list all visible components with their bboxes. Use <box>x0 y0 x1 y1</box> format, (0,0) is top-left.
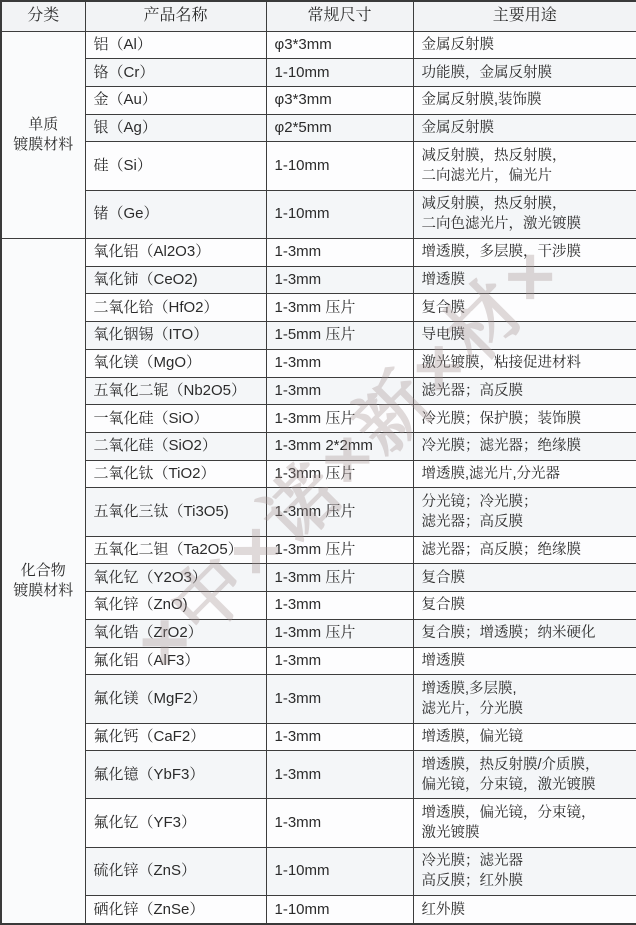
product-name-cell: 硅（Si） <box>85 142 266 190</box>
table-row: 氟化镱（YbF3）1-3mm增透膜，热反射膜/介质膜， 偏光镜，分束镜，激光镀膜 <box>1 751 636 799</box>
usage-cell: 复合膜 <box>413 294 636 322</box>
usage-cell: 复合膜 <box>413 564 636 592</box>
usage-cell: 激光镀膜，粘接促进材料 <box>413 349 636 377</box>
size-cell: 1-5mm 压片 <box>266 322 413 350</box>
header-category: 分类 <box>1 1 85 31</box>
table-row: 氧化锆（ZrO2）1-3mm 压片复合膜；增透膜；纳米硬化 <box>1 619 636 647</box>
table-row: 一氧化硅（SiO）1-3mm 压片冷光膜；保护膜；装饰膜 <box>1 405 636 433</box>
size-cell: 1-10mm <box>266 896 413 924</box>
table-row: 银（Ag）φ2*5mm金属反射膜 <box>1 114 636 142</box>
size-cell: 1-3mm 压片 <box>266 460 413 488</box>
table-row: 二氧化硅（SiO2）1-3mm 2*2mm冷光膜；滤光器；绝缘膜 <box>1 432 636 460</box>
table-row: 氟化钇（YF3）1-3mm增透膜，偏光镜，分束镜， 激光镀膜 <box>1 799 636 847</box>
usage-cell: 红外膜 <box>413 896 636 924</box>
table-row: 锗（Ge）1-10mm减反射膜，热反射膜， 二向色滤光片，激光镀膜 <box>1 190 636 238</box>
table-row: 五氧化三钛（Ti3O5)1-3mm 压片分光镜；冷光膜； 滤光器；高反膜 <box>1 488 636 536</box>
table-body: 单质 镀膜材料铝（Al）φ3*3mm金属反射膜铬（Cr）1-10mm功能膜，金属… <box>1 31 636 924</box>
size-cell: 1-3mm <box>266 349 413 377</box>
usage-cell: 减反射膜，热反射膜， 二向滤光片，偏光片 <box>413 142 636 190</box>
size-cell: 1-3mm <box>266 238 413 266</box>
table-row: 五氧化二钽（Ta2O5）1-3mm 压片滤光器；高反膜；绝缘膜 <box>1 536 636 564</box>
table-row: 氟化铝（AlF3）1-3mm增透膜 <box>1 647 636 675</box>
page: 分类 产品名称 常规尺寸 主要用途 单质 镀膜材料铝（Al）φ3*3mm金属反射… <box>0 0 636 925</box>
table-row: 氧化镁（MgO）1-3mm激光镀膜，粘接促进材料 <box>1 349 636 377</box>
category-cell: 单质 镀膜材料 <box>1 31 85 238</box>
usage-cell: 冷光膜；滤光器；绝缘膜 <box>413 432 636 460</box>
table-row: 化合物 镀膜材料氧化铝（Al2O3）1-3mm增透膜，多层膜，干涉膜 <box>1 238 636 266</box>
table-row: 硅（Si）1-10mm减反射膜，热反射膜， 二向滤光片，偏光片 <box>1 142 636 190</box>
size-cell: 1-3mm 压片 <box>266 294 413 322</box>
usage-cell: 功能膜，金属反射膜 <box>413 59 636 87</box>
usage-cell: 增透膜,滤光片,分光器 <box>413 460 636 488</box>
usage-cell: 增透膜 <box>413 266 636 294</box>
product-name-cell: 氟化镱（YbF3） <box>85 751 266 799</box>
product-name-cell: 一氧化硅（SiO） <box>85 405 266 433</box>
size-cell: 1-3mm <box>266 647 413 675</box>
size-cell: φ2*5mm <box>266 114 413 142</box>
product-name-cell: 氧化镁（MgO） <box>85 349 266 377</box>
product-name-cell: 铬（Cr） <box>85 59 266 87</box>
product-name-cell: 氟化钇（YF3） <box>85 799 266 847</box>
usage-cell: 复合膜；增透膜；纳米硬化 <box>413 619 636 647</box>
product-name-cell: 锗（Ge） <box>85 190 266 238</box>
size-cell: 1-3mm 压片 <box>266 536 413 564</box>
product-name-cell: 氧化铟锡（ITO） <box>85 322 266 350</box>
usage-cell: 增透膜，多层膜，干涉膜 <box>413 238 636 266</box>
category-cell: 化合物 镀膜材料 <box>1 238 85 924</box>
size-cell: 1-3mm 2*2mm <box>266 432 413 460</box>
product-name-cell: 氟化镁（MgF2） <box>85 675 266 723</box>
table-row: 二氧化铪（HfO2）1-3mm 压片复合膜 <box>1 294 636 322</box>
product-name-cell: 氧化铈（CeO2) <box>85 266 266 294</box>
usage-cell: 金属反射膜,装饰膜 <box>413 86 636 114</box>
header-size: 常规尺寸 <box>266 1 413 31</box>
product-name-cell: 氧化钇（Y2O3） <box>85 564 266 592</box>
table-row: 二氧化钛（TiO2）1-3mm 压片增透膜,滤光片,分光器 <box>1 460 636 488</box>
usage-cell: 金属反射膜 <box>413 114 636 142</box>
usage-cell: 增透膜 <box>413 647 636 675</box>
product-name-cell: 氧化锆（ZrO2） <box>85 619 266 647</box>
size-cell: 1-10mm <box>266 190 413 238</box>
table-row: 单质 镀膜材料铝（Al）φ3*3mm金属反射膜 <box>1 31 636 59</box>
size-cell: 1-10mm <box>266 142 413 190</box>
usage-cell: 减反射膜，热反射膜， 二向色滤光片，激光镀膜 <box>413 190 636 238</box>
usage-cell: 冷光膜；保护膜；装饰膜 <box>413 405 636 433</box>
size-cell: 1-10mm <box>266 847 413 895</box>
table-row: 金（Au）φ3*3mm金属反射膜,装饰膜 <box>1 86 636 114</box>
product-name-cell: 二氧化铪（HfO2） <box>85 294 266 322</box>
product-name-cell: 二氧化钛（TiO2） <box>85 460 266 488</box>
size-cell: 1-3mm <box>266 592 413 620</box>
product-name-cell: 金（Au） <box>85 86 266 114</box>
header-row: 分类 产品名称 常规尺寸 主要用途 <box>1 1 636 31</box>
product-name-cell: 铝（Al） <box>85 31 266 59</box>
usage-cell: 增透膜,多层膜, 滤光片，分光膜 <box>413 675 636 723</box>
size-cell: φ3*3mm <box>266 86 413 114</box>
product-name-cell: 氟化铝（AlF3） <box>85 647 266 675</box>
product-name-cell: 硫化锌（ZnS） <box>85 847 266 895</box>
table-row: 氧化铟锡（ITO）1-5mm 压片导电膜 <box>1 322 636 350</box>
table-row: 氟化钙（CaF2）1-3mm增透膜，偏光镜 <box>1 723 636 751</box>
size-cell: 1-3mm <box>266 799 413 847</box>
usage-cell: 滤光器；高反膜；绝缘膜 <box>413 536 636 564</box>
usage-cell: 增透膜，热反射膜/介质膜， 偏光镜，分束镜，激光镀膜 <box>413 751 636 799</box>
product-name-cell: 硒化锌（ZnSe） <box>85 896 266 924</box>
table-row: 硫化锌（ZnS）1-10mm冷光膜；滤光器 高反膜；红外膜 <box>1 847 636 895</box>
size-cell: 1-3mm 压片 <box>266 619 413 647</box>
table-row: 氧化锌（ZnO)1-3mm复合膜 <box>1 592 636 620</box>
table-row: 氟化镁（MgF2）1-3mm增透膜,多层膜, 滤光片，分光膜 <box>1 675 636 723</box>
size-cell: 1-3mm <box>266 675 413 723</box>
usage-cell: 金属反射膜 <box>413 31 636 59</box>
product-name-cell: 银（Ag） <box>85 114 266 142</box>
header-usage: 主要用途 <box>413 1 636 31</box>
table-row: 铬（Cr）1-10mm功能膜，金属反射膜 <box>1 59 636 87</box>
size-cell: 1-10mm <box>266 59 413 87</box>
table-row: 氧化铈（CeO2)1-3mm增透膜 <box>1 266 636 294</box>
product-name-cell: 氧化铝（Al2O3） <box>85 238 266 266</box>
product-name-cell: 五氧化二钽（Ta2O5） <box>85 536 266 564</box>
size-cell: 1-3mm <box>266 751 413 799</box>
size-cell: φ3*3mm <box>266 31 413 59</box>
product-name-cell: 二氧化硅（SiO2） <box>85 432 266 460</box>
usage-cell: 增透膜，偏光镜，分束镜， 激光镀膜 <box>413 799 636 847</box>
usage-cell: 导电膜 <box>413 322 636 350</box>
product-name-cell: 氟化钙（CaF2） <box>85 723 266 751</box>
size-cell: 1-3mm <box>266 723 413 751</box>
table-row: 五氧化二铌（Nb2O5）1-3mm滤光器；高反膜 <box>1 377 636 405</box>
size-cell: 1-3mm 压片 <box>266 405 413 433</box>
table-row: 硒化锌（ZnSe）1-10mm红外膜 <box>1 896 636 924</box>
usage-cell: 冷光膜；滤光器 高反膜；红外膜 <box>413 847 636 895</box>
product-name-cell: 氧化锌（ZnO) <box>85 592 266 620</box>
table-row: 氧化钇（Y2O3）1-3mm 压片复合膜 <box>1 564 636 592</box>
product-name-cell: 五氧化二铌（Nb2O5） <box>85 377 266 405</box>
header-product-name: 产品名称 <box>85 1 266 31</box>
size-cell: 1-3mm 压片 <box>266 564 413 592</box>
materials-table: 分类 产品名称 常规尺寸 主要用途 单质 镀膜材料铝（Al）φ3*3mm金属反射… <box>0 0 636 925</box>
size-cell: 1-3mm <box>266 266 413 294</box>
usage-cell: 复合膜 <box>413 592 636 620</box>
product-name-cell: 五氧化三钛（Ti3O5) <box>85 488 266 536</box>
usage-cell: 增透膜，偏光镜 <box>413 723 636 751</box>
size-cell: 1-3mm 压片 <box>266 488 413 536</box>
size-cell: 1-3mm <box>266 377 413 405</box>
usage-cell: 滤光器；高反膜 <box>413 377 636 405</box>
usage-cell: 分光镜；冷光膜； 滤光器；高反膜 <box>413 488 636 536</box>
